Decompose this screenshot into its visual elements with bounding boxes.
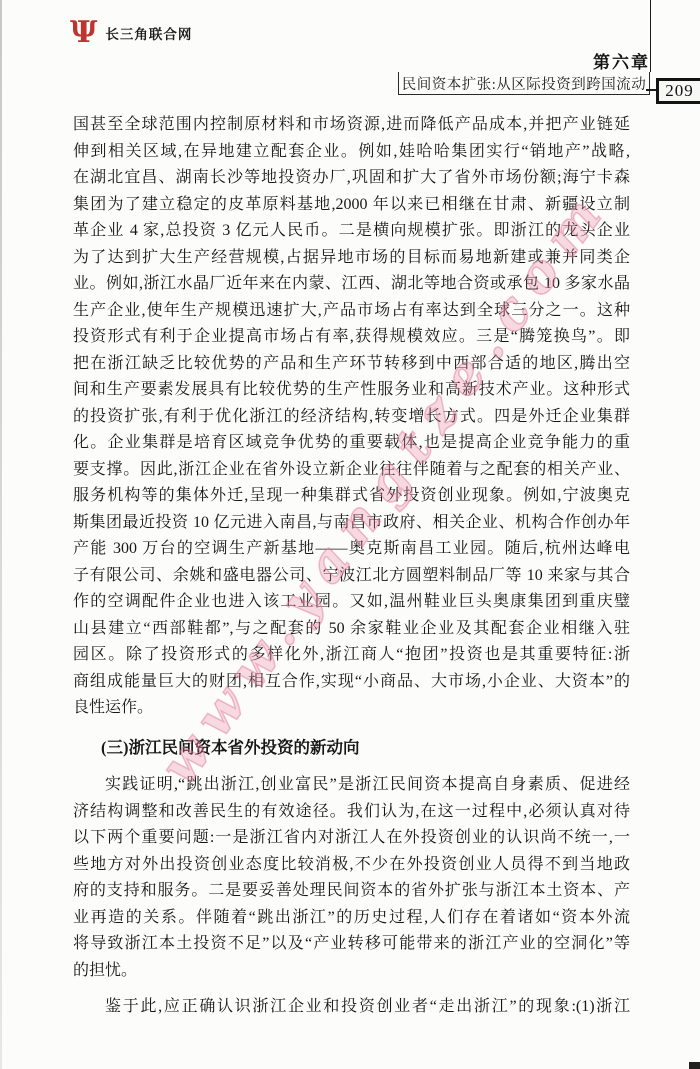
text-line: 国甚至全球范围内控制原材料和市场资源,进而降低产品成本,并把产业链延 [73, 112, 630, 139]
text-line: 济结构调整和改善民生的有效途径。我们认为,在这一过程中,必须认真对待 [73, 799, 630, 826]
text-line: 为了达到扩大生产经营规模,占据异地市场的目标而易地新建或兼并同类企 [73, 245, 630, 272]
scan-edge [0, 0, 2, 1069]
site-logo: Ψ 长三角联合网 [70, 16, 192, 50]
text-line: 以下两个重要问题:一是浙江省内对浙江人在外投资创业的认识尚不统一,一 [73, 825, 630, 852]
text-line: 些地方对外出投资创业态度比较消极,不少在外投资创业人员得不到当地政 [73, 852, 630, 879]
text-line: 的投资扩张,有利于优化浙江的经济结构,转变增长方式。四是外迁企业集群 [73, 404, 630, 431]
text-line: 的担忧。 [73, 958, 630, 985]
chapter-subtitle: 民间资本扩张:从区际投资到跨国流动 [398, 72, 650, 95]
text-line: 府的支持和服务。二是要妥善处理民间资本的省外扩张与浙江本土资本、产 [73, 878, 630, 905]
text-line: 服务机构等的集体外迁,呈现一种集群式省外投资创业现象。例如,宁波奥克 [73, 483, 630, 510]
text-line: 山县建立“西部鞋都”,与之配套的 50 余家鞋业企业及其配套企业相继入驻 [73, 616, 630, 643]
body-text: 国甚至全球范围内控制原材料和市场资源,进而降低产品成本,并把产业链延 伸到相关区… [73, 112, 630, 1021]
text-line: 商组成能量巨大的财团,相互合作,实现“小商品、大市场,小企业、大资本”的 [73, 669, 630, 696]
text-line: 实践证明,“跳出浙江,创业富民”是浙江民间资本提高自身素质、促进经 [73, 772, 630, 799]
text-line: 业再造的关系。伴随着“跳出浙江”的历史过程,人们存在着诸如“资本外流 [73, 905, 630, 932]
scan-corner-mark [689, 1062, 700, 1069]
text-line: 在湖北宜昌、湖南长沙等地投资办厂,巩固和扩大了省外市场份额;海宁卡森 [73, 165, 630, 192]
text-line: 产能 300 万台的空调生产新基地——奥克斯南昌工业园。随后,杭州达峰电 [73, 536, 630, 563]
text-line: 作的空调配件企业也进入该工业园。又如,温州鞋业巨头奥康集团到重庆璧 [73, 589, 630, 616]
text-line: 投资形式有利于企业提高市场占有率,获得规模效应。三是“腾笼换鸟”。即 [73, 324, 630, 351]
text-line: 斯集团最近投资 10 亿元进入南昌,与南昌市政府、相关企业、机构合作创办年 [73, 510, 630, 537]
scanned-book-page: Ψ 长三角联合网 第六章 民间资本扩张:从区际投资到跨国流动 209 www.y… [0, 0, 700, 1069]
text-line: 将导致浙江本土投资不足”以及“产业转移可能带来的浙江产业的空洞化”等 [73, 931, 630, 958]
paragraph: 实践证明,“跳出浙江,创业富民”是浙江民间资本提高自身素质、促进经 济结构调整和… [73, 772, 630, 984]
text-line: 子有限公司、余姚和盛电器公司、宁波江北方圆塑料制品厂等 10 来家与其合 [73, 563, 630, 590]
page-number: 209 [656, 78, 700, 104]
text-line: 化。企业集群是培育区域竞争优势的重要载体,也是提高企业竞争能力的重 [73, 430, 630, 457]
paragraph: 鉴于此,应正确认识浙江企业和投资创业者“走出浙江”的现象:(1)浙江 [73, 994, 630, 1021]
text-line: 园区。除了投资形式的多样化外,浙江商人“抱团”投资也是其重要特征:浙 [73, 642, 630, 669]
text-line: 伸到相关区域,在异地建立配套企业。例如,娃哈哈集团实行“销地产”战略, [73, 139, 630, 166]
text-line: 要支撑。因此,浙江企业在省外设立新企业往往伴随着与之配套的相关产业、 [73, 457, 630, 484]
text-line: 鉴于此,应正确认识浙江企业和投资创业者“走出浙江”的现象:(1)浙江 [73, 994, 630, 1021]
text-line: 革企业 4 家,总投资 3 亿元人民币。二是横向规模扩张。即浙江的龙头企业 [73, 218, 630, 245]
text-line: 良性运作。 [73, 695, 630, 722]
text-line: 把在浙江缺乏比较优势的产品和生产环节转移到中西部合适的地区,腾出空 [73, 351, 630, 378]
text-line: 业。例如,浙江水晶厂近年来在内蒙、江西、湖北等地合资或承包 10 多家水晶 [73, 271, 630, 298]
text-line: 集团为了建立稳定的皮革原料基地,2000 年以来已相继在甘肃、新疆设立制 [73, 192, 630, 219]
section-heading: (三)浙江民间资本省外投资的新动向 [73, 735, 630, 762]
paragraph: 国甚至全球范围内控制原材料和市场资源,进而降低产品成本,并把产业链延 伸到相关区… [73, 112, 630, 722]
site-name: 长三角联合网 [105, 23, 192, 43]
site-logo-icon: Ψ [70, 16, 97, 50]
header-vertical-rule [650, 0, 651, 72]
text-line: 间和生产要素发展具有比较优势的生产性服务业和高新技术产业。这种形式 [73, 377, 630, 404]
text-line: 生产企业,使年生产规模迅速扩大,产品市场占有率达到全球三分之一。这种 [73, 298, 630, 325]
